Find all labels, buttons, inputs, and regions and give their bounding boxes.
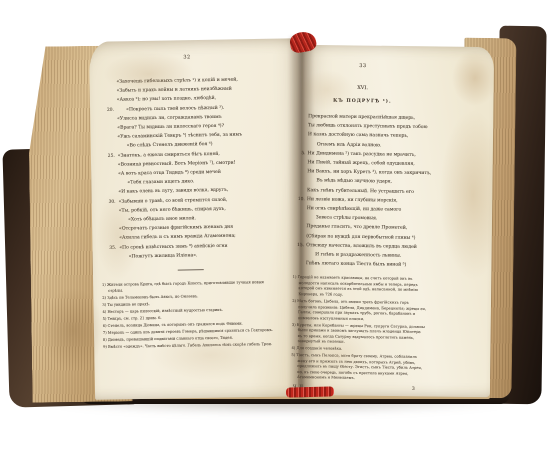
- line-number: 25.: [100, 151, 115, 160]
- poem-line-text: Ни огнь свирѣпѣющій, ни даже самого: [307, 206, 402, 212]
- poem-line-text: Въ мѣдь мѣдью звучною ударя,: [307, 179, 392, 185]
- poem-line-text: «По срокѣ извѣстныхъ зимъ ⁹) ахейскіе ог…: [119, 243, 227, 250]
- left-page-poem: «Захочешь гибельныхъ стрѣлъ ¹) и копій и…: [98, 75, 279, 262]
- poem-line-text: Ни Пиѳій, тайный жрецъ, собой одушевляя,: [307, 160, 414, 167]
- poem-line-text: Гнѣвъ лютаго конца Тіеста былъ виной ⁵): [306, 261, 407, 268]
- poem-line-text: Ни Диндимена ²) такъ разсудка не мрачитъ…: [308, 151, 416, 158]
- poem-line-text: «Забывши о травѣ, со всей стремится сило…: [119, 197, 228, 204]
- poem-line-text: «Ты, робкій, отъ него бѣжишь, спирая дух…: [119, 207, 226, 214]
- gutter-shadow: [288, 36, 314, 398]
- poem-line-text: Ты любишь отклонять преступныхъ предъ то…: [308, 123, 428, 130]
- poem-line-text: Отвсюду качества, вложилъ въ сердца люде…: [306, 243, 417, 250]
- poem-line-text: И казнь достойную сама назначь теперь,: [308, 133, 409, 140]
- poem-line-text: «И какъ олень въ лугу, завидя волка, вдр…: [118, 188, 228, 195]
- ode-title: КЪ ПОДРУГѢ ¹).: [295, 98, 429, 105]
- poem-line-text: «Во слѣдъ Стенелъ движеній боя ⁶): [118, 142, 213, 149]
- poem-line-text: «Забыть и прахъ войны и латникъ неизбѣжн…: [117, 87, 232, 94]
- footnote-divider-rule: [178, 269, 204, 270]
- left-page-text: 32 «Захочешь гибельныхъ стрѣлъ ¹) и копі…: [98, 53, 281, 352]
- poem-line-text: «Улисса видишь ли, согражданамъ твоимъ: [117, 115, 222, 122]
- poem-line-text: «Тебя глазами ищетъ дико.: [118, 180, 194, 186]
- poem-line-text: Огнемъ иль Адріи волною.: [308, 142, 382, 148]
- poem-line: Гнѣвъ лютаго конца Тіеста былъ виной ⁵): [306, 259, 427, 270]
- right-page-number: 33: [296, 62, 430, 70]
- poem-line-text: «Врага? Ты видишь ли пилосскаго героя ⁴)…: [117, 124, 224, 131]
- poem-line-text: Прекрасной матери прекраснѣйшая дщерь,: [308, 114, 415, 121]
- poem-line-text: Ни Вакхъ, ни хоръ Куретъ ³), когда онъ з…: [307, 169, 431, 176]
- poem-line-text: Ни лезвіе ножа, ни глубины морскія,: [307, 197, 398, 203]
- signature-mark: 3: [412, 387, 415, 392]
- poem-line-text: «Возница ревностный. Вотъ Меріонъ ⁷), см…: [118, 160, 236, 167]
- poem-line-text: «Пожгутъ жилища Иліона».: [119, 253, 197, 259]
- poem-line-text: «Захочешь гибельныхъ стрѣлъ ¹) и копій и…: [116, 78, 237, 85]
- poem-line-text: Преданье гласитъ, что древле Прометей,: [306, 225, 407, 232]
- headband-bottom: [286, 386, 334, 397]
- line-number: 20.: [99, 105, 114, 114]
- line-number: 35.: [101, 243, 116, 252]
- book-photo: 32 «Захочешь гибельныхъ стрѣлъ ¹) и копі…: [0, 0, 550, 450]
- footnote: 9) Вмѣсто «одеждъ». Часть вмѣсто цѣлаго.…: [103, 342, 281, 351]
- footnote: 1) Жители острова Крита, гдѣ былъ городъ…: [102, 280, 280, 294]
- poem-line-text: «А вотъ краса отца Тидидъ ⁸) среди мечей: [118, 170, 221, 177]
- poem-line-text: (Сбирая по нуждѣ для первобытной глины ⁴…: [306, 234, 415, 241]
- poem-line-text: Какъ гнѣвъ губительный. Не устрашитъ его: [307, 188, 414, 195]
- poem-line-text: И гнѣвъ и раздраженность львины.: [306, 252, 401, 258]
- poem-line-text: «Покроетъ пыль твой волосъ нѣжный ³).: [117, 105, 224, 112]
- poem-line-text: «Ужъ саламинскій Тевкръ ⁵) тѣснитъ тебя,…: [117, 133, 242, 140]
- poem-line-text: Зевеса стрѣлы громовыя.: [307, 215, 378, 221]
- line-number: 30.: [100, 197, 115, 206]
- poem-line: «Пожгутъ жилища Иліона».: [119, 250, 279, 262]
- poem-line-text: «Хоть обѣщалъ иное милой.: [119, 216, 196, 222]
- poem-line-text: «Отсрочатъ грозные фригійскимъ женамъ дн…: [119, 225, 233, 232]
- ode-section-number: XVI.: [296, 84, 430, 92]
- poem-line-text: «Ахилла гибель и съ нимъ вражда Агамемно…: [119, 234, 236, 241]
- poem-line-text: «Аякса ²); но увы! хоть поздно, любодѣй,: [117, 96, 216, 103]
- left-page-footnotes: 1) Жители острова Крита, гдѣ былъ городъ…: [102, 280, 281, 351]
- poem-line-text: «Знатокъ, а ежели смиряться бѣгъ коней,: [118, 152, 220, 159]
